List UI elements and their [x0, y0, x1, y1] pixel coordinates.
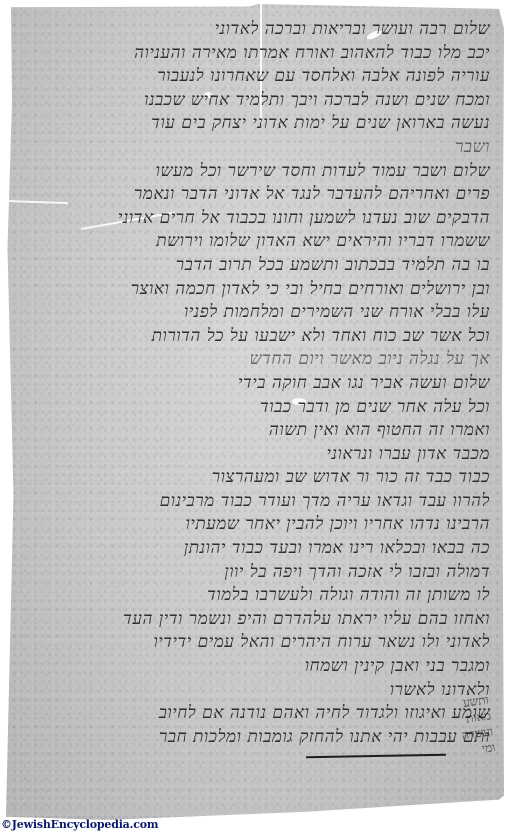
- text-line: ולאדונו לאשרו: [24, 679, 490, 703]
- text-line: הדבקים שוב נעדנו לשמען וחונו בכבוד אל חר…: [24, 207, 490, 231]
- text-line: ומגבר בני ואבן קינין ושמחו: [24, 655, 490, 679]
- text-line: בו בה תלמיד בבכתוב ותשמע בכל תרוב הדבר: [24, 254, 490, 278]
- text-line: דמולה ובזבו לי אזכה והדך ויפה בל יוון: [24, 561, 490, 585]
- text-line: נעשה בארואן שנים על ימות אדוני יצחק בים …: [24, 112, 490, 136]
- manuscript-page: שלום רבה ועושר ובריאות וברכה לאדוני יכב …: [6, 4, 504, 820]
- text-line: ותם עבבות יהי אתנו להחזק גומבות ומלכות ח…: [24, 726, 490, 750]
- text-line: שלום רבה ועושר ובריאות וברכה לאדוני: [24, 18, 490, 42]
- copyright-caption: ©JewishEncyclopedia.com: [1, 818, 158, 831]
- text-line: להרוו עבד וגדאו עריה מדך ועודר כבוד מרבי…: [24, 490, 490, 514]
- text-line: ובן ירושלים ואורחים בחיל ובי כי לאדון חכ…: [24, 278, 490, 302]
- text-line: ששמרו דבריו והיראים ישא האדון שלומו וירו…: [24, 230, 490, 254]
- text-line: עוריה לפונה אלבה ואלחסד עם שאחרונו לנעבו…: [24, 65, 490, 89]
- text-line: ואמרו זה החטוף הוא ואין תשוה: [24, 419, 490, 443]
- text-line: ומכח שנים ושנה לברכה ויבך ותלמיד אחיש שכ…: [24, 89, 490, 113]
- text-line: ואחזו בהם עליו יראתו עלהדרם והיפ ונשמר ו…: [24, 608, 490, 632]
- text-line: וכל אשר שב כוח ואחד ולא ישבעו על כל הדור…: [24, 325, 490, 349]
- text-line: כה בבאו ובכלאו רינו אמרו ובעד כבוד יהונת…: [24, 537, 490, 561]
- text-line: שלום ועשה אביר נגו אבב חוקה בידי: [24, 372, 490, 396]
- text-line: לו משותן זה והודה וגולה ולעשרבו בלמוד: [24, 584, 490, 608]
- text-line: פרים ואחריהם להעדבר לנגד אל אדוני הדבר ו…: [24, 183, 490, 207]
- text-line: יכב מלו כבוד להאהוב ואורח אמרתו מאירה וה…: [24, 42, 490, 66]
- text-line: אך על נגלה ניוב מאשר ויום החדש: [24, 348, 490, 372]
- text-line: שומע ואיגוזו ולגדוד לחיה ואהם נודנה אם ל…: [24, 702, 490, 726]
- text-line: הרבינו נדהו אחריו ויוכן להבין יאחר שמעתי…: [24, 513, 490, 537]
- text-line: כבוד כבד זה כור ור אדוש שב ומעהרצור: [24, 466, 490, 490]
- text-line: ושבר: [24, 136, 490, 160]
- text-line: שלום ושבר עמוד לעדות וחסד שירשר וכל מעשו: [24, 160, 490, 184]
- text-line: עלו בבלי אורח שני השמירים ומלחמות לפניו: [24, 301, 490, 325]
- text-line: לאדוני ולו נשאר ערוח היהרים והאל עמים יד…: [24, 631, 490, 655]
- text-line: וכל עלה אחר שנים מן ודבר כבוד: [24, 396, 490, 420]
- text-line: מכבד אדון עברו ונראוני: [24, 443, 490, 467]
- manuscript-text: שלום רבה ועושר ובריאות וברכה לאדוני יכב …: [24, 18, 490, 749]
